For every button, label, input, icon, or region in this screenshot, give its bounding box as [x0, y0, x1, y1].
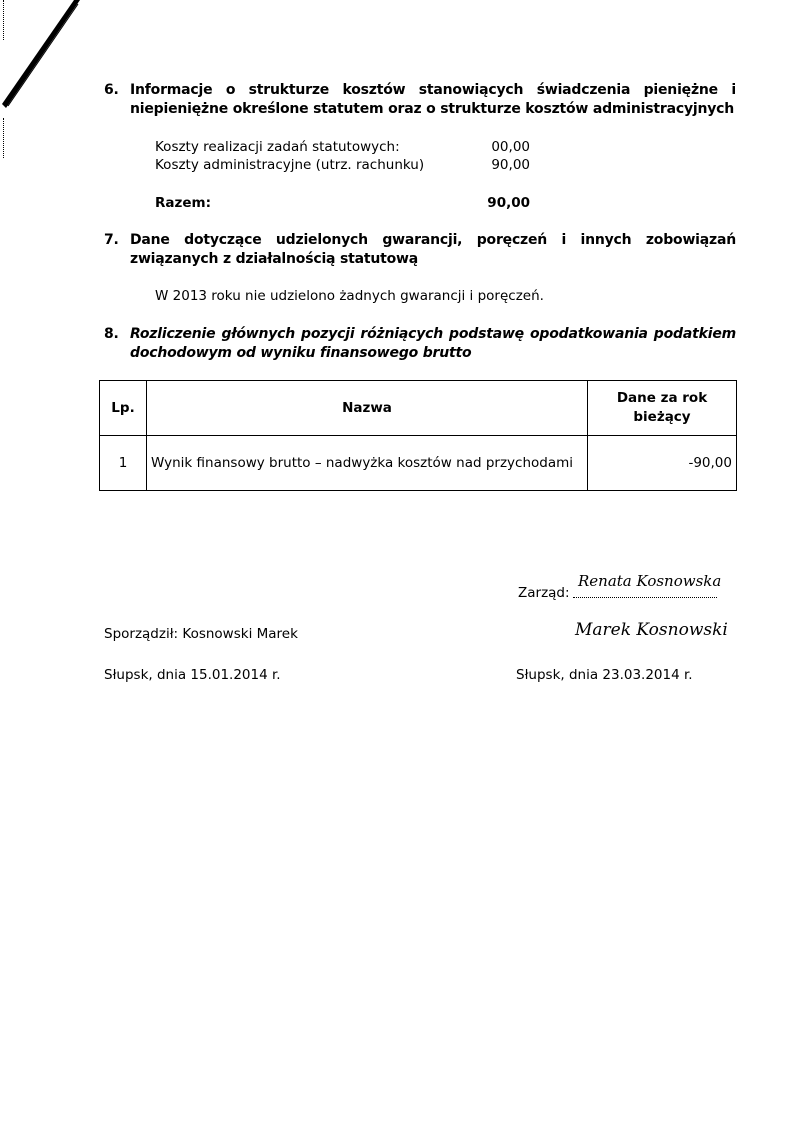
cost-value: 00,00 [491, 138, 530, 156]
tax-reconciliation-table: Lp. Nazwa Dane za rok bieżący 1 Wynik fi… [99, 380, 737, 491]
signature-marek: Marek Kosnowski [575, 620, 728, 640]
total-value: 90,00 [487, 194, 530, 212]
total-label: Razem: [155, 194, 211, 212]
signature-line [573, 597, 717, 598]
section-title: Dane dotyczące udzielonych gwarancji, po… [130, 231, 736, 269]
table-header-row: Lp. Nazwa Dane za rok bieżący [100, 381, 737, 436]
cost-label: Koszty realizacji zadań statutowych: [155, 138, 400, 156]
board-label: Zarząd: [518, 585, 570, 601]
board-date: Słupsk, dnia 23.03.2014 r. [516, 667, 693, 683]
margin-dots [3, 0, 4, 40]
section-number: 7. [104, 231, 126, 250]
section-number: 6. [104, 81, 126, 100]
scan-artifact-stroke [0, 0, 80, 120]
section-number: 8. [104, 325, 126, 344]
table-row: 1 Wynik finansowy brutto – nadwyżka kosz… [100, 436, 737, 491]
section-7-heading: 7. Dane dotyczące udzielonych gwarancji,… [104, 231, 736, 269]
section-title: Rozliczenie głównych pozycji różniących … [130, 325, 736, 363]
prepared-by: Sporządził: Kosnowski Marek [104, 626, 298, 642]
section-8-heading: 8. Rozliczenie głównych pozycji różniący… [104, 325, 736, 363]
section-6-heading: 6. Informacje o strukturze kosztów stano… [104, 81, 736, 119]
cost-label: Koszty administracyjne (utrz. rachunku) [155, 156, 424, 174]
section-title: Informacje o strukturze kosztów stanowią… [130, 81, 736, 119]
margin-dots [3, 118, 4, 158]
guarantees-note: W 2013 roku nie udzielono żadnych gwaran… [155, 288, 544, 304]
header-value: Dane za rok bieżący [588, 381, 737, 436]
signature-renata: Renata Kosnowska [578, 572, 721, 590]
header-name: Nazwa [147, 381, 588, 436]
cell-name: Wynik finansowy brutto – nadwyżka kosztó… [147, 436, 588, 491]
cell-value: -90,00 [588, 436, 737, 491]
header-lp: Lp. [100, 381, 147, 436]
prepared-date: Słupsk, dnia 15.01.2014 r. [104, 667, 281, 683]
cell-lp: 1 [100, 436, 147, 491]
cost-value: 90,00 [491, 156, 530, 174]
